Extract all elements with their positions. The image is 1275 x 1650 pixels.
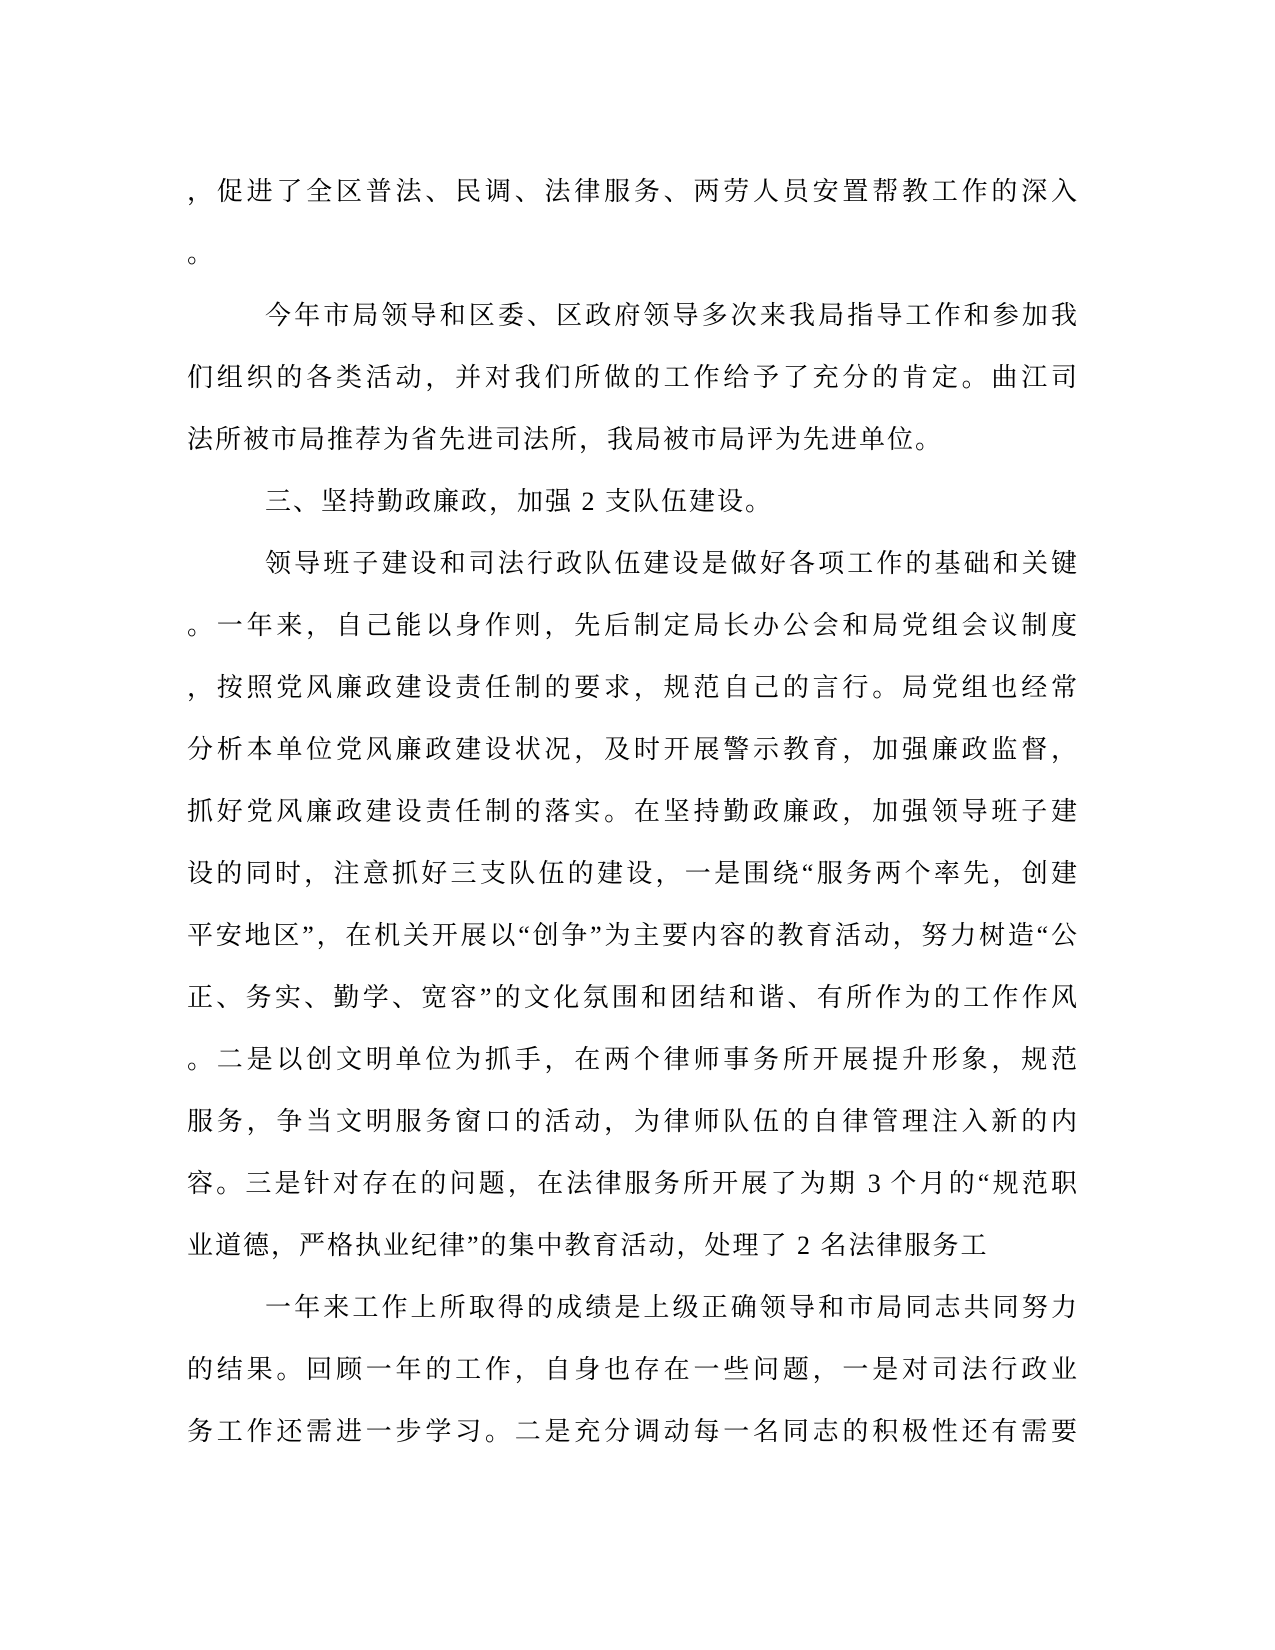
text-line: 三、坚持勤政廉政，加强 2 支队伍建设。: [187, 471, 1077, 533]
text-line: 。二是以创文明单位为抓手，在两个律师事务所开展提升形象，规范: [187, 1029, 1077, 1091]
text-line: 服务，争当文明服务窗口的活动，为律师队伍的自律管理注入新的内: [187, 1091, 1077, 1153]
text-line: 法所被市局推荐为省先进司法所，我局被市局评为先进单位。: [187, 409, 1077, 471]
text-line: 领导班子建设和司法行政队伍建设是做好各项工作的基础和关键: [187, 533, 1077, 595]
text-line: 务工作还需进一步学习。二是充分调动每一名同志的积极性还有需要: [187, 1401, 1077, 1463]
document-body: ，促进了全区普法、民调、法律服务、两劳人员安置帮教工作的深入。今年市局领导和区委…: [187, 161, 1077, 1463]
text-line: 正、务实、勤学、宽容”的文化氛围和团结和谐、有所作为的工作作风: [187, 967, 1077, 1029]
text-line: 的结果。回顾一年的工作，自身也存在一些问题，一是对司法行政业: [187, 1339, 1077, 1401]
text-line: 今年市局领导和区委、区政府领导多次来我局指导工作和参加我: [187, 285, 1077, 347]
text-line: 们组织的各类活动，并对我们所做的工作给予了充分的肯定。曲江司: [187, 347, 1077, 409]
text-line: 一年来工作上所取得的成绩是上级正确领导和市局同志共同努力: [187, 1277, 1077, 1339]
text-line: 设的同时，注意抓好三支队伍的建设，一是围绕“服务两个率先，创建: [187, 843, 1077, 905]
text-line: 业道德，严格执业纪律”的集中教育活动，处理了 2 名法律服务工: [187, 1215, 1077, 1277]
text-line: 。一年来，自己能以身作则，先后制定局长办公会和局党组会议制度: [187, 595, 1077, 657]
text-line: 分析本单位党风廉政建设状况，及时开展警示教育，加强廉政监督，: [187, 719, 1077, 781]
text-line: 。: [187, 223, 1077, 285]
document-page: ，促进了全区普法、民调、法律服务、两劳人员安置帮教工作的深入。今年市局领导和区委…: [0, 0, 1275, 1650]
text-line: ，促进了全区普法、民调、法律服务、两劳人员安置帮教工作的深入: [187, 161, 1077, 223]
text-line: 容。三是针对存在的问题，在法律服务所开展了为期 3 个月的“规范职: [187, 1153, 1077, 1215]
text-line: 抓好党风廉政建设责任制的落实。在坚持勤政廉政，加强领导班子建: [187, 781, 1077, 843]
text-line: 平安地区”，在机关开展以“创争”为主要内容的教育活动，努力树造“公: [187, 905, 1077, 967]
text-line: ，按照党风廉政建设责任制的要求，规范自己的言行。局党组也经常: [187, 657, 1077, 719]
